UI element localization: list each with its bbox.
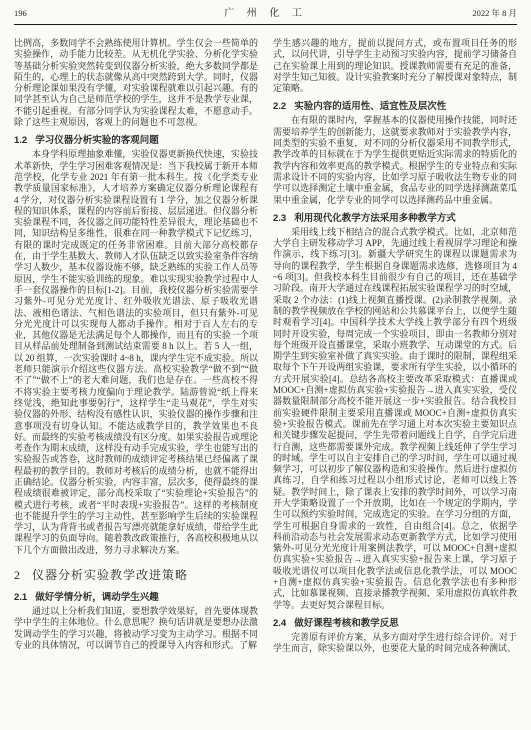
heading-number: 2.3 <box>273 213 286 224</box>
heading-section-2-1: 2.1做好学情分析，调动学生兴趣 <box>14 589 258 603</box>
journal-page: 196 广 州 化 工 2022 年 8 月 比例高，多数同学不会熟练使用计算机… <box>0 0 531 730</box>
heading-section-2-3: 2.3利用现代化教学方法采用多种教学方式 <box>273 210 517 224</box>
heading-section-2: 2仪器分析实验教学改进策略 <box>14 566 258 583</box>
heading-title: 做好课程考核和教学反思 <box>294 618 399 629</box>
paragraph: 在有限的课时内，掌握基本的仪器使用操作技能，同时还需要培养学生的创新能力，这就要… <box>273 115 517 205</box>
heading-number: 1.2 <box>14 135 27 146</box>
header-rule <box>14 24 517 25</box>
heading-title: 仪器分析实验教学改进策略 <box>32 568 188 582</box>
heading-number: 2.4 <box>273 618 286 629</box>
heading-title: 学习仪器分析实验的客观问题 <box>35 135 159 146</box>
left-column: 比例高，多数同学不会熟练使用计算机。学生仅会一些简单的实验操作，动手能力比较差。… <box>14 38 258 655</box>
page-number: 196 <box>14 7 182 19</box>
heading-number: 2.2 <box>273 101 286 112</box>
journal-title: 广 州 化 工 <box>182 8 350 20</box>
heading-number: 2.1 <box>14 592 27 603</box>
heading-title: 实验内容的适用性、适宜性及层次性 <box>294 101 446 112</box>
paragraph-continued: 比例高，多数同学不会熟练使用计算机。学生仅会一些简单的实验操作，动手能力比较差。… <box>14 38 258 128</box>
heading-section-1-2: 1.2学习仪器分析实验的客观问题 <box>14 132 258 146</box>
content-columns: 比例高，多数同学不会熟练使用计算机。学生仅会一些简单的实验操作，动手能力比较差。… <box>14 38 517 655</box>
paragraph-continued: 学生感兴趣的地方，提前以提问方式，或布置项目任务的形式，以问代讲，引导学生主动预… <box>273 38 517 94</box>
paragraph: 本身学科原理抽象难懂，实验仪器更新换代快速，实验技术革新快，学生学习困难客观情况… <box>14 149 258 556</box>
page-header: 196 广 州 化 工 2022 年 8 月 <box>14 7 517 20</box>
right-column: 学生感兴趣的地方，提前以提问方式，或布置项目任务的形式，以问代讲，引导学生主动预… <box>273 38 517 655</box>
paragraph: 完善原有评价方案，从多方面对学生进行综合评价。对于学生而言，除实验课以外，也要花… <box>273 632 517 655</box>
issue-date: 2022 年 8 月 <box>349 7 517 19</box>
paragraph: 通过以上分析我们知道，要想教学效果好，首先要体现教学中学生的主体地位。什么意思呢… <box>14 606 258 651</box>
heading-title: 利用现代化教学方法采用多种教学方式 <box>294 213 456 224</box>
heading-title: 做好学情分析，调动学生兴趣 <box>35 592 159 603</box>
paragraph: 采用线上线下相结合的混合式教学模式。比如，北京师范大学自主研发移动学习 APP，… <box>273 227 517 611</box>
heading-section-2-4: 2.4做好课程考核和教学反思 <box>273 615 517 629</box>
heading-section-2-2: 2.2实验内容的适用性、适宜性及层次性 <box>273 98 517 112</box>
heading-number: 2 <box>14 568 20 582</box>
